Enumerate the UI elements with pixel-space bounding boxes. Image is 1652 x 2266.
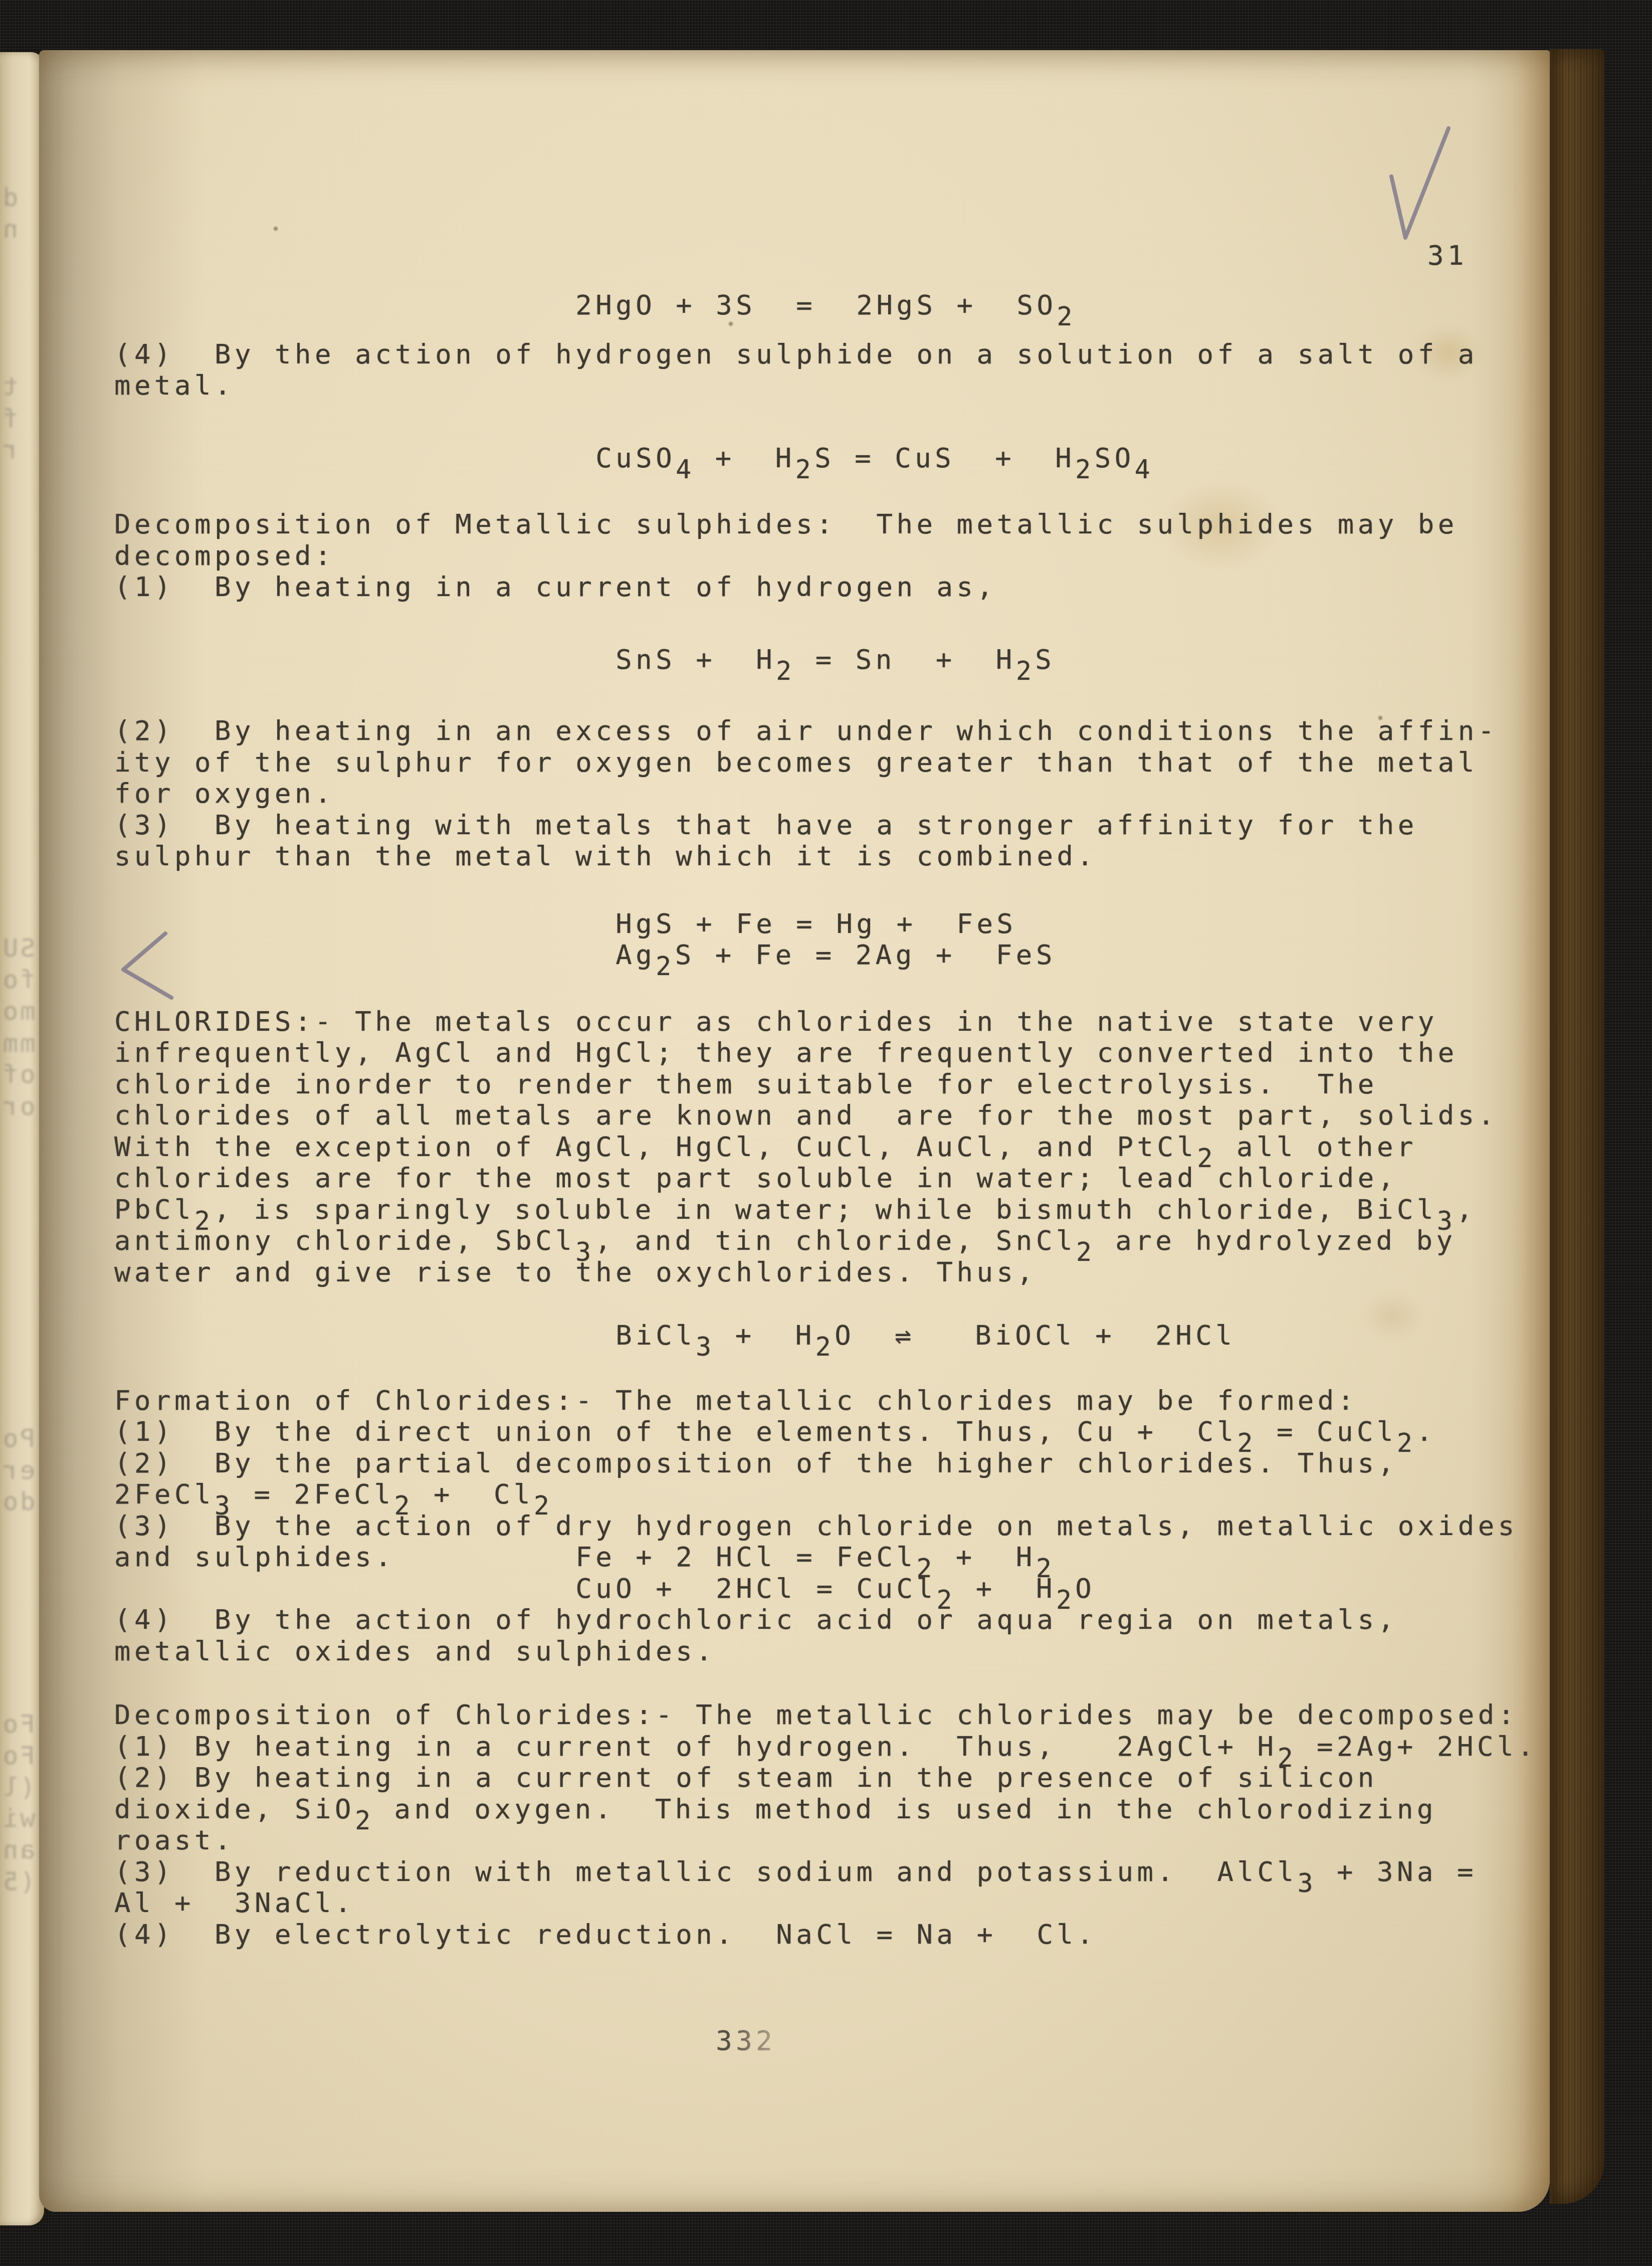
- ghost-text-fragment: t: [1, 372, 18, 401]
- ghost-text-fragment: wi: [1, 1804, 35, 1833]
- ghost-text-fragment: (5: [1, 1867, 35, 1896]
- ghost-text-fragment: f: [1, 404, 18, 433]
- page-vignette: [39, 50, 1550, 2212]
- ghost-text-fragment: (l: [1, 1773, 35, 1802]
- ghost-text-fragment: SU: [1, 933, 35, 963]
- ghost-text-fragment: an: [1, 1835, 35, 1864]
- previous-page-edge: dntfrSUfomommoforPoerdoFoFo(lwian(5: [0, 52, 44, 2225]
- ghost-text-fragment: d: [1, 183, 18, 212]
- page-block-edge: [1550, 49, 1604, 2204]
- ghost-text-fragment: of: [1, 1060, 35, 1089]
- ghost-text-fragment: or: [1, 1092, 35, 1121]
- ghost-text-fragment: Po: [1, 1424, 35, 1453]
- ghost-text-fragment: mo: [1, 997, 35, 1026]
- ghost-text-fragment: do: [1, 1487, 35, 1516]
- book-photo: dntfrSUfomommoforPoerdoFoFo(lwian(5 31 2…: [0, 0, 1652, 2266]
- ghost-text-fragment: r: [1, 435, 18, 464]
- ghost-text-fragment: Fo: [1, 1710, 35, 1739]
- book-page: 31 2HgO + 3S = 2HgS + SO2(4) By the acti…: [39, 50, 1550, 2212]
- ghost-text-fragment: er: [1, 1456, 35, 1485]
- ghost-text-fragment: fo: [1, 965, 35, 994]
- ghost-text-fragment: Fo: [1, 1741, 35, 1770]
- ghost-text-fragment: n: [1, 215, 18, 244]
- ghost-text-fragment: mm: [1, 1029, 35, 1058]
